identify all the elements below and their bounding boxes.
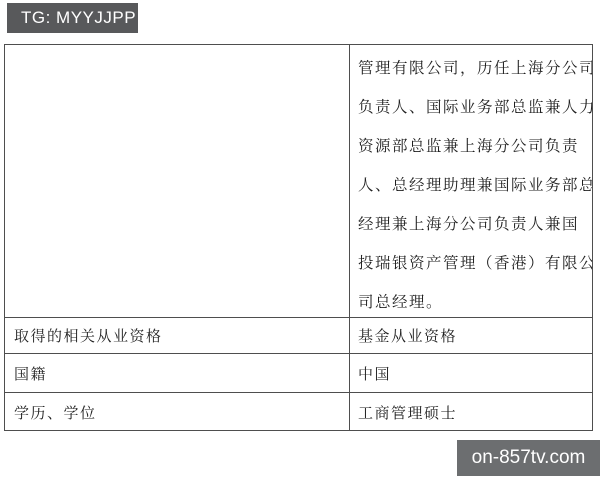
- telegram-watermark-badge: TG: MYYJJPP: [7, 3, 138, 33]
- bio-line: 资源部总监兼上海分公司负责: [358, 127, 586, 166]
- bio-line: 投瑞银资产管理（香港）有限公: [358, 244, 586, 283]
- table-cell-education-label: 学历、学位: [5, 392, 349, 431]
- bio-line: 管理有限公司，历任上海分公司: [358, 49, 586, 88]
- bio-line: 负责人、国际业务部总监兼人力: [358, 88, 586, 127]
- bio-line: 人、总经理助理兼国际业务部总: [358, 166, 586, 205]
- table-cell-empty-label: [5, 45, 349, 317]
- table-cell-qualification-value: 基金从业资格: [349, 317, 592, 353]
- bio-table: 管理有限公司，历任上海分公司 负责人、国际业务部总监兼人力 资源部总监兼上海分公…: [4, 44, 593, 431]
- document-page: TG: MYYJJPP 管理有限公司，历任上海分公司 负责人、国际业务部总监兼人…: [0, 0, 600, 480]
- bio-line: 经理兼上海分公司负责人兼国: [358, 205, 586, 244]
- table-cell-qualification-label: 取得的相关从业资格: [5, 317, 349, 353]
- table-cell-nationality-label: 国籍: [5, 353, 349, 392]
- table-cell-bio-text: 管理有限公司，历任上海分公司 负责人、国际业务部总监兼人力 资源部总监兼上海分公…: [349, 45, 592, 317]
- bio-line: 司总经理。: [358, 283, 586, 317]
- table-cell-nationality-value: 中国: [349, 353, 592, 392]
- site-watermark-badge: on-857tv.com: [457, 440, 600, 476]
- table-cell-education-value: 工商管理硕士: [349, 392, 592, 431]
